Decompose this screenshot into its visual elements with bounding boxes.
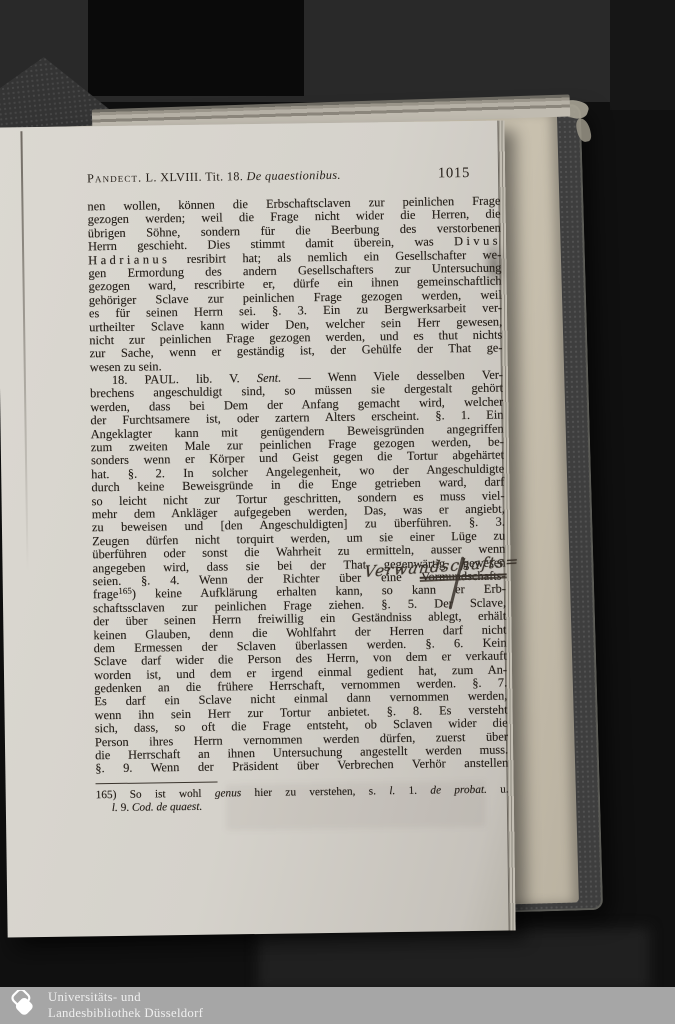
library-name: Universitäts- und Landesbibliothek Düsse… <box>48 990 203 1021</box>
body-text: nen wollen, können die Erbschaftsclaven … <box>87 195 508 777</box>
footnote-separator <box>96 781 218 784</box>
header-page-number: 1015 <box>438 165 470 182</box>
footer-bar: Universitäts- und Landesbibliothek Düsse… <box>0 987 675 1024</box>
library-logo-icon <box>6 990 40 1022</box>
scan-viewport: Pandect. L. XLVIII. Tit. 18. De quaestio… <box>0 0 675 1024</box>
running-header: Pandect. L. XLVIII. Tit. 18. De quaestio… <box>87 165 500 188</box>
header-title: Pandect. L. XLVIII. Tit. 18. De quaestio… <box>87 168 341 187</box>
library-name-line2: Landesbibliothek Düsseldorf <box>48 1006 203 1022</box>
page-text: Pandect. L. XLVIII. Tit. 18. De quaestio… <box>87 165 509 816</box>
library-name-line1: Universitäts- und <box>48 990 203 1006</box>
book: Pandect. L. XLVIII. Tit. 18. De quaestio… <box>0 0 675 1024</box>
scanned-page: Pandect. L. XLVIII. Tit. 18. De quaestio… <box>0 120 516 937</box>
page-left-seam <box>20 131 28 571</box>
